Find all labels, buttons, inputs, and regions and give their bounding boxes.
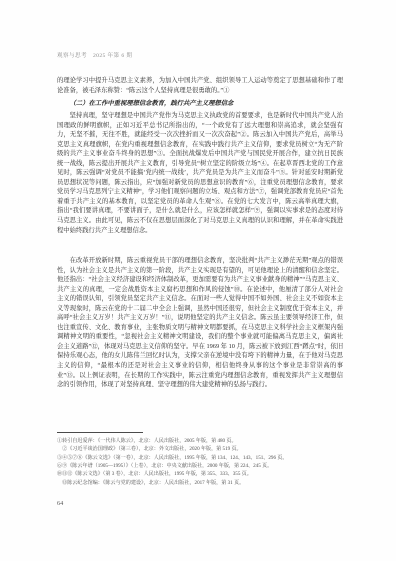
footnote: ⑩⑪⑫《陈云文选》（第 3 卷），北京：人民出版社，1995 年版，第 355、… xyxy=(57,470,343,478)
footnote: ⑥⑨《陈云年谱（1905—1995）》（上卷），北京：中央文献出版社，2000 … xyxy=(57,462,343,470)
page-number: 64 xyxy=(57,500,63,507)
footnote: ②《习近平谈治国理政》（第三卷），北京：外文出版社，2020 年版，第 519 … xyxy=(57,445,343,453)
footnote-divider xyxy=(57,432,143,433)
paragraph: 在改革开放新时期，陈云重视党员干部的理想信念教育，坚决批判“共产主义渺茫无期”观… xyxy=(57,256,343,390)
footnote: ③④⑤⑦⑧《陈云文选》（第一卷），北京：人民出版社，1995 年版，第 134、… xyxy=(57,454,343,462)
continuation-paragraph: 的理论学习中提升马克思主义素养，为加入中国共产党、组织领导工人运动等奠定了思想基… xyxy=(57,76,343,95)
footnote: ①转引自迟爱萍：《一代伟人陈云》，北京：人民出版社，2005 年版，第 480 … xyxy=(57,437,343,445)
paragraph: 坚持真理，坚守理想是中国共产党作为马克思主义执政党的首要要求，也是新时代中国共产… xyxy=(57,111,343,235)
footnote: ⑬陈云纪念馆编：《陈云与党的建设》，北京：人民出版社，2017 年版，第 31 … xyxy=(57,479,343,487)
journal-header: 观察与思考 2025 年第 6 期 xyxy=(57,51,343,59)
footnotes-block: ①转引自迟爱萍：《一代伟人陈云》，北京：人民出版社，2005 年版，第 480 … xyxy=(57,437,343,487)
section-heading: （二）在工作中重视理想信念教育，践行共产主义理想信念 xyxy=(57,99,343,109)
journal-page: 观察与思考 2025 年第 6 期 的理论学习中提升马克思主义素养，为加入中国共… xyxy=(0,0,396,561)
